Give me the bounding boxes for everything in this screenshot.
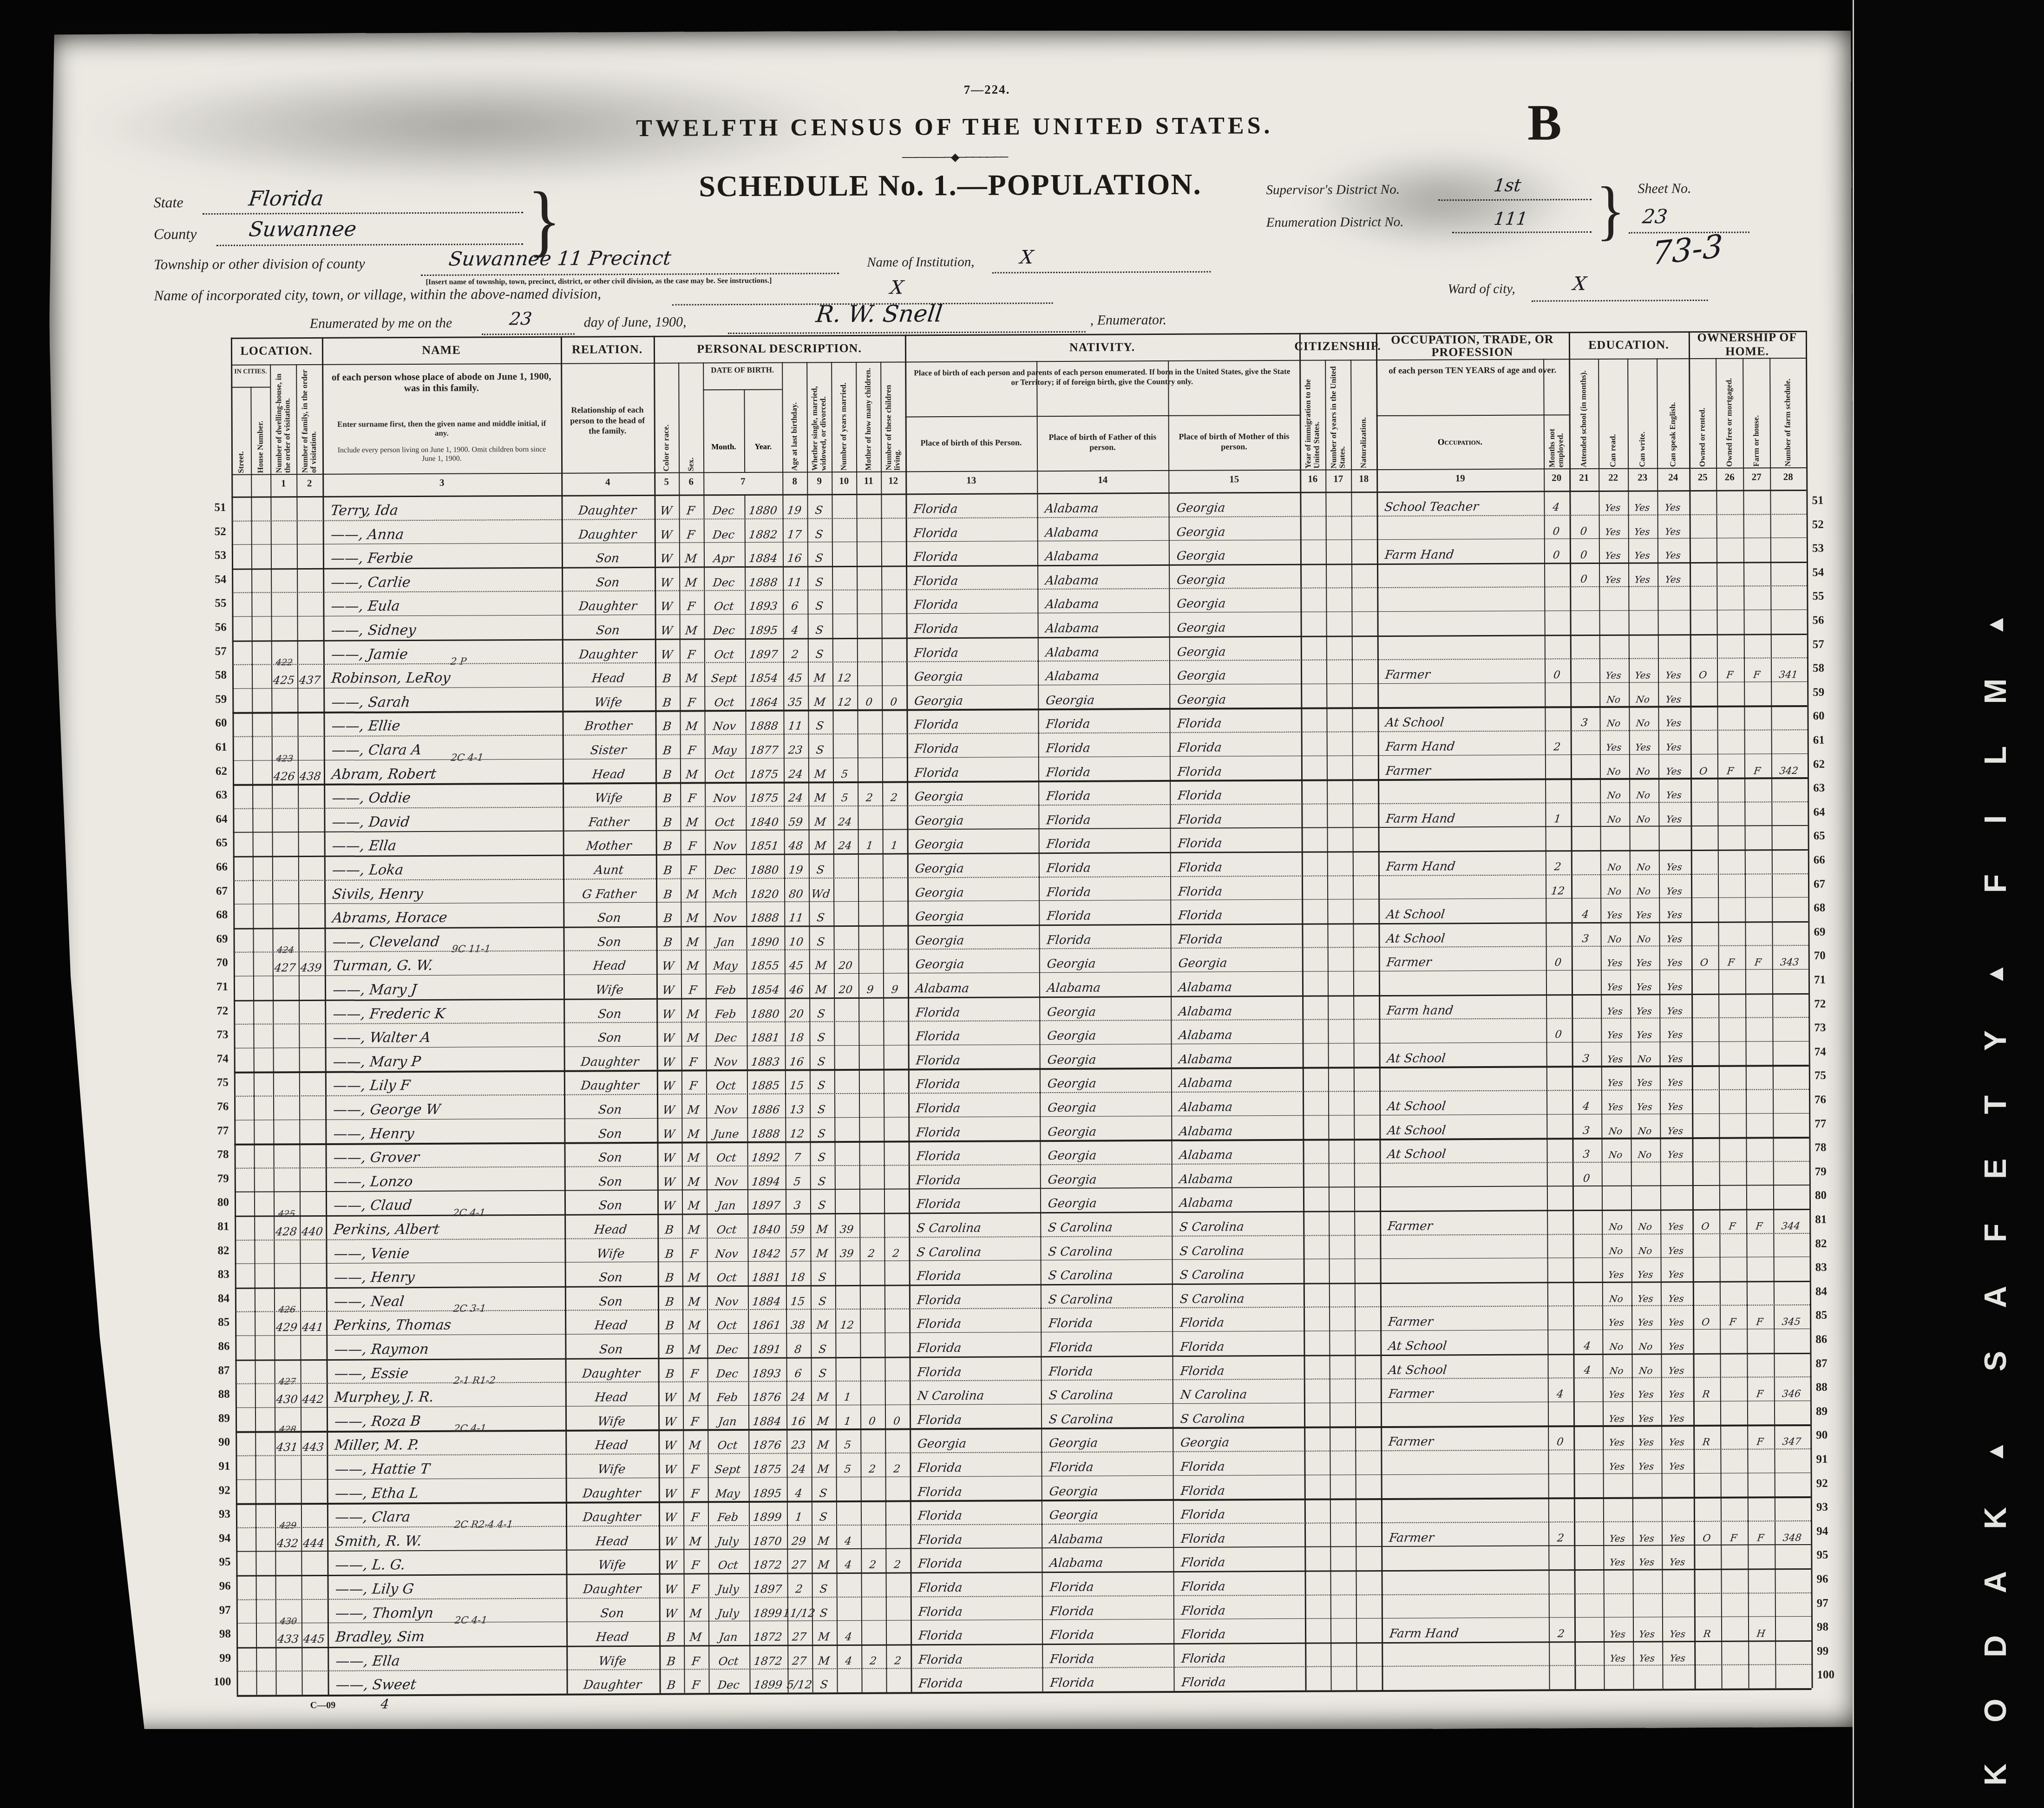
ns-value: 347 [1773,1424,1812,1448]
mc-value: 0 [856,685,883,709]
by-value: 1883 [746,1045,786,1069]
pf-value: Florida [1037,780,1171,805]
line-number-left: 99 [194,1652,231,1665]
rd-value: Yes [1601,1425,1633,1449]
line-number-left: 81 [192,1220,229,1233]
mc-value: 9 [857,973,884,997]
ag-value: 16 [785,1405,812,1429]
rl-value: Son [560,567,656,591]
by-value: 1872 [747,1549,788,1573]
wr-value: Yes [1631,1377,1663,1402]
rl-value: Wife [561,687,656,711]
co-value: B [654,662,681,687]
fh-value: F [1744,945,1774,970]
personal-group-header: PERSONAL DESCRIPTION. [654,337,905,360]
en-value: Yes [1660,1401,1695,1425]
bm-value: Oct [702,590,746,614]
bm-value: Jan [706,1405,750,1429]
fm-value: 437 [296,664,325,688]
co-value: B [654,782,681,806]
mn-value: 2 [1544,850,1572,874]
film-edge-letter: O [1967,1683,2023,1738]
line-number-right: 64 [1813,806,1846,819]
by-value: 1885 [746,1069,786,1094]
co-value: B [655,878,682,902]
column-number: 4 [561,476,654,488]
bm-value: Oct [703,806,747,830]
ag-value: 4 [786,1477,813,1501]
co-value: W [654,615,681,639]
ow-value: O [1689,753,1719,778]
line-number-right: 77 [1815,1117,1847,1130]
pf-value: Florida [1041,1619,1175,1644]
pf-value: Florida [1037,900,1172,924]
by-value: 1875 [747,1453,788,1477]
line-number-right: 79 [1815,1165,1847,1178]
en-value: Yes [1661,1641,1696,1665]
line-number-left: 65 [190,837,228,850]
co-value: B [655,926,682,950]
bm-value: Dec [702,566,746,590]
column-number: 25 [1689,472,1716,483]
bm-value: Oct [706,1429,750,1453]
line-number-left: 84 [192,1292,229,1305]
co-value: B [656,1334,684,1358]
table-grid-line [231,386,270,387]
pf-value: Georgia [1038,1044,1173,1068]
ag-value: 5 [784,1165,812,1189]
sx-value: M [679,902,707,926]
bm-value: Oct [705,1213,749,1238]
person-name: Sivils, Henry [323,878,564,904]
months-unemployed-column-header: Months not employed. [1544,416,1569,467]
microfilm-frame: 7—224. TWELFTH CENSUS OF THE UNITED STAT… [0,0,2044,1808]
sx-value: M [681,1190,708,1214]
ag-value: 80 [783,878,810,902]
mn-value: 2 [1547,1521,1575,1546]
sx-value: F [681,1357,709,1382]
sx-value: M [681,1285,708,1310]
sx-value: M [680,998,707,1022]
citizenship-group-header: CITIZENSHIP. [1299,335,1376,357]
wr-value: Yes [1629,1018,1661,1042]
ag-value: 45 [783,950,811,974]
person-name: ——, Ferbie [321,543,563,568]
line-number-left: 70 [191,956,228,970]
school-column-header: Attended school (in months). [1569,360,1599,467]
wr-value: No [1630,1209,1662,1233]
person-name: ——, Sweet [326,1670,568,1695]
pf-value: Florida [1041,1571,1175,1596]
pf-value: S Carolina [1040,1379,1174,1404]
bm-value: Nov [704,830,747,854]
pb-value: Florida [905,757,1040,781]
pm-value: Florida [1168,804,1303,828]
ag-value: 59 [782,806,810,830]
ag-value: 19 [781,494,808,518]
column-number: 12 [881,475,905,486]
ag-value: 16 [784,1045,811,1069]
mn-value: 12 [1544,874,1572,898]
mortgage-column-header: Owned free or mortgaged. [1716,360,1743,467]
rd-value: Yes [1599,970,1631,994]
rd-value: Yes [1600,1090,1632,1114]
co-value: B [658,1621,685,1645]
en-value: Yes [1657,802,1692,826]
pb-value: Florida [905,733,1040,757]
film-edge-letter: L [1967,727,2023,783]
en-value: Yes [1657,658,1691,682]
line-number-right: 82 [1815,1237,1847,1250]
by-value: 1884 [747,1285,787,1309]
occupation-column-header: Occupation. [1376,437,1544,448]
pm-value: Florida [1168,732,1303,756]
pb-value: Florida [906,996,1041,1021]
rd-value: No [1601,1353,1633,1377]
sx-value: F [680,1070,708,1094]
pb-value: S Carolina [907,1236,1042,1261]
column-number: 14 [1037,474,1168,486]
mc-value: 1 [857,829,884,853]
sc-value: 3 [1571,1114,1603,1138]
dob-header: DATE OF BIRTH. [703,366,782,375]
co-value: W [654,638,681,662]
sx-value: F [682,1669,710,1693]
oc-value: Farmer [1379,1306,1549,1330]
ownership-group-header: OWNERSHIP OF HOME. [1689,334,1806,355]
line-number-left: 92 [193,1484,230,1497]
co-value: B [654,734,681,759]
person-name: ——, Ella [323,831,564,856]
sc-value: 3 [1571,1042,1603,1066]
co-value: W [657,1382,684,1406]
pf-value: Florida [1040,1356,1174,1380]
wr-value: Yes [1631,1641,1664,1665]
rl-value: Son [560,543,656,567]
line-number-left: 56 [190,621,227,634]
by-value: 1855 [745,950,786,974]
pm-value: Alabama [1170,1163,1304,1188]
sx-value: F [679,782,706,806]
wr-value: Yes [1627,538,1659,563]
sx-value: F [682,1645,710,1669]
by-value: 1880 [745,997,786,1022]
column-number: 23 [1628,472,1657,483]
sx-value: F [680,974,707,998]
ag-value: 6 [785,1357,812,1381]
fm-value: 442 [299,1383,328,1407]
person-name: ——, Ella [326,1645,568,1670]
name-caption-3: Include every person living on June 1, 1… [332,445,552,464]
ag-value: 18 [783,1022,811,1046]
line-number-right: 98 [1817,1621,1849,1634]
film-edge-letter: F [1967,856,2023,911]
ma-value: S [806,590,833,614]
pm-value: Florida [1172,1666,1306,1691]
rd-value: No [1598,706,1630,730]
pb-value: Florida [909,1619,1043,1644]
line-number-left: 82 [192,1244,229,1257]
line-number-left: 100 [194,1676,231,1689]
fm-value: 444 [300,1527,328,1551]
line-number-right: 99 [1817,1644,1849,1657]
bm-value: Oct [706,1261,749,1285]
person-name: ——, Carlie [321,567,563,592]
name-caption: of each person whose place of abode on J… [328,371,554,394]
ow-value: R [1692,1377,1722,1401]
pf-value: Alabama [1040,1547,1174,1572]
rl-value: Wife [564,1454,660,1478]
fh-value: F [1745,1209,1775,1233]
oc-value: Farm Hand [1377,850,1547,875]
ns-value: 348 [1773,1520,1812,1545]
en-value: Yes [1661,1617,1696,1641]
by-value: 1884 [743,542,784,566]
mn-value: 4 [1546,1377,1575,1402]
pm-value: Florida [1169,899,1303,924]
line-number-left: 94 [193,1532,230,1545]
ma-value: S [807,925,835,950]
pf-value: Georgia [1039,1187,1173,1212]
rd-value: Yes [1598,562,1630,586]
wr-value: Yes [1631,1401,1663,1425]
line-number-left: 72 [191,1004,228,1017]
line-number-right: 55 [1812,590,1845,603]
wr-value: Yes [1629,1089,1661,1114]
by-value: 1893 [743,590,784,614]
bm-value: July [707,1573,751,1597]
oc-value: Farm Hand [1380,1618,1550,1642]
family-number-column-header: Number of family, in the order of visita… [296,366,322,473]
co-value: W [653,543,681,567]
dwelling-struck: 424 [272,945,299,956]
pb-value: Georgia [906,924,1040,949]
sx-value: M [679,758,706,782]
bm-value: May [704,950,748,974]
co-value: W [658,1573,685,1598]
sc-value: 4 [1572,1330,1604,1354]
pb-value: Florida [907,1140,1041,1165]
pf-value: Florida [1037,924,1172,949]
line-number-right: 71 [1814,974,1847,987]
co-value: W [657,1429,684,1454]
co-value: W [656,1190,683,1214]
ma-value: S [808,1021,835,1045]
sx-value: M [679,878,707,902]
rd-value: No [1600,1114,1632,1138]
fm-value: 443 [299,1431,328,1455]
co-value: B [656,1214,683,1238]
column-number: 24 [1657,472,1689,483]
sc-value: 0 [1568,538,1600,563]
sx-value: M [682,1597,710,1621]
pf-value: Florida [1040,1451,1174,1476]
pb-value: Florida [907,1092,1041,1117]
line-number-right: 85 [1815,1309,1848,1322]
by-value: 1872 [748,1644,789,1669]
tally-annotation: 2C 3-1 [453,1303,594,1314]
ma-value: S [806,494,833,518]
person-name: ——, Lily F [324,1070,565,1095]
pb-value: Florida [904,589,1039,614]
rd-value: Yes [1599,994,1631,1018]
by-value: 1888 [744,710,785,734]
ag-value: 59 [784,1213,812,1237]
bm-value: Sept [706,1453,750,1477]
ag-value: 4 [782,614,809,638]
line-number-right: 59 [1813,686,1845,699]
owned-column-header: Owned or rented. [1689,360,1716,467]
pf-value: Florida [1039,1307,1173,1332]
oc-value: At School [1377,922,1547,947]
pb-value: Florida [905,637,1039,662]
co-value: W [655,1022,682,1046]
fm-value: 445 [300,1623,329,1647]
by-value: 1894 [746,1165,787,1189]
rl-value: Son [563,1142,659,1166]
ag-value: 38 [785,1309,812,1333]
oc-value: Farm Hand [1376,802,1546,827]
ma-value: S [809,1333,837,1357]
ym-value: 5 [832,757,859,781]
pb-value: Florida [909,1548,1043,1572]
line-number-right: 90 [1816,1429,1848,1442]
pb-value: Georgia [905,805,1040,829]
wr-value: No [1628,778,1660,802]
line-number-left: 91 [193,1460,230,1473]
line-number-right: 97 [1817,1597,1849,1610]
cl-value: 2 [881,781,908,806]
sc-value: 0 [1568,563,1600,587]
line-number-left: 73 [191,1028,228,1042]
sc-value: 4 [1570,898,1602,922]
ma-value: S [811,1668,838,1692]
ym-value: 12 [834,1309,861,1333]
pb-value: Georgia [906,852,1040,877]
bm-value: Nov [705,1166,749,1190]
line-number-left: 68 [190,909,228,922]
rl-value: Wife [562,974,658,998]
wr-value: Yes [1630,1281,1662,1305]
sc-value: 3 [1570,922,1602,946]
dwelling-struck: 426 [274,1305,301,1315]
wr-value: No [1628,802,1660,826]
mc-value: 2 [858,1237,885,1261]
rl-value: Wife [561,782,657,806]
bm-value: Nov [705,1094,748,1118]
person-name: Abrams, Horace [323,903,564,928]
fh-value: H [1747,1616,1776,1640]
pb-value: Florida [905,613,1039,637]
line-number-left: 61 [190,741,227,754]
pf-value: Alabama [1036,564,1170,589]
ma-value: M [808,973,835,997]
ma-value: M [809,1237,836,1261]
pm-value: Alabama [1170,1139,1304,1164]
ma-value: S [806,542,833,566]
fr-value: F [1717,945,1747,970]
pm-value: Florida [1168,780,1303,804]
person-name: ——, Mary P [324,1046,565,1071]
by-value: 1876 [747,1381,788,1405]
rl-value: Daughter [560,495,655,519]
co-value: W [657,1525,685,1549]
co-value: B [656,1262,684,1286]
ma-value: M [810,1453,837,1477]
co-value: B [654,710,681,734]
ym-value: 20 [832,949,860,973]
sx-value: F [678,638,706,662]
mn-value: 0 [1546,1426,1575,1450]
rd-value: No [1600,1210,1632,1234]
pm-value: S Carolina [1171,1259,1305,1284]
film-edge-letter: F [1967,1205,2023,1261]
sx-value: F [678,590,705,615]
sx-value: M [682,1525,709,1549]
ag-value: 7 [784,1141,812,1166]
ma-value: M [808,950,835,974]
line-number-left: 88 [193,1388,230,1401]
dwelling-struck: 428 [274,1425,301,1435]
pb-value: Florida [907,1044,1041,1069]
tally-annotation: 2-1 R1-2 [453,1375,594,1386]
co-value: W [655,1046,683,1070]
oc-value: Farmer [1376,754,1546,779]
oc-value: At School [1376,707,1546,731]
by-value: 1854 [744,662,785,686]
pf-value: Georgia [1038,948,1172,972]
by-value: 1888 [746,1117,786,1141]
line-number-right: 57 [1813,638,1845,651]
bm-value: Nov [703,782,747,806]
ag-value: 13 [784,1093,811,1117]
film-edge-triangle: ▲ [1970,946,2021,1002]
sx-value: M [678,543,705,567]
pm-value: Florida [1172,1642,1306,1667]
by-value: 1870 [747,1525,788,1549]
cl-value: 2 [884,1644,912,1668]
bm-value: Nov [704,902,747,926]
pb-value: Florida [906,1020,1041,1045]
footer-mark: C—09 [310,1700,336,1711]
en-value: Yes [1658,945,1693,970]
pm-value: Florida [1169,852,1303,876]
oc-value: At School [1378,1138,1548,1163]
pf-value: Georgia [1038,1092,1173,1116]
rl-value: Daughter [565,1669,661,1693]
ag-value: 3 [784,1189,812,1213]
by-value: 1891 [747,1333,787,1357]
bm-value: Feb [704,974,748,998]
en-value: Yes [1658,994,1693,1018]
co-value: W [653,566,681,590]
pf-value: Alabama [1036,540,1170,565]
mc-value: 2 [859,1453,886,1477]
rd-value: Yes [1602,1617,1634,1641]
line-number-right: 89 [1816,1405,1848,1418]
pm-value: Alabama [1170,1115,1304,1140]
ma-value: S [810,1357,837,1381]
tally-annotation: 2C 4-1 [454,1614,595,1626]
line-number-right: 93 [1816,1501,1849,1514]
fm-value: 441 [299,1311,328,1335]
column-number: 22 [1599,472,1628,484]
dwelling-struck: 423 [271,753,299,764]
line-number-right: 88 [1816,1381,1848,1394]
cl-value: 0 [884,1404,911,1428]
pf-value: Florida [1037,852,1172,877]
pob-column-header: Place of birth of this Person. [909,420,1033,465]
